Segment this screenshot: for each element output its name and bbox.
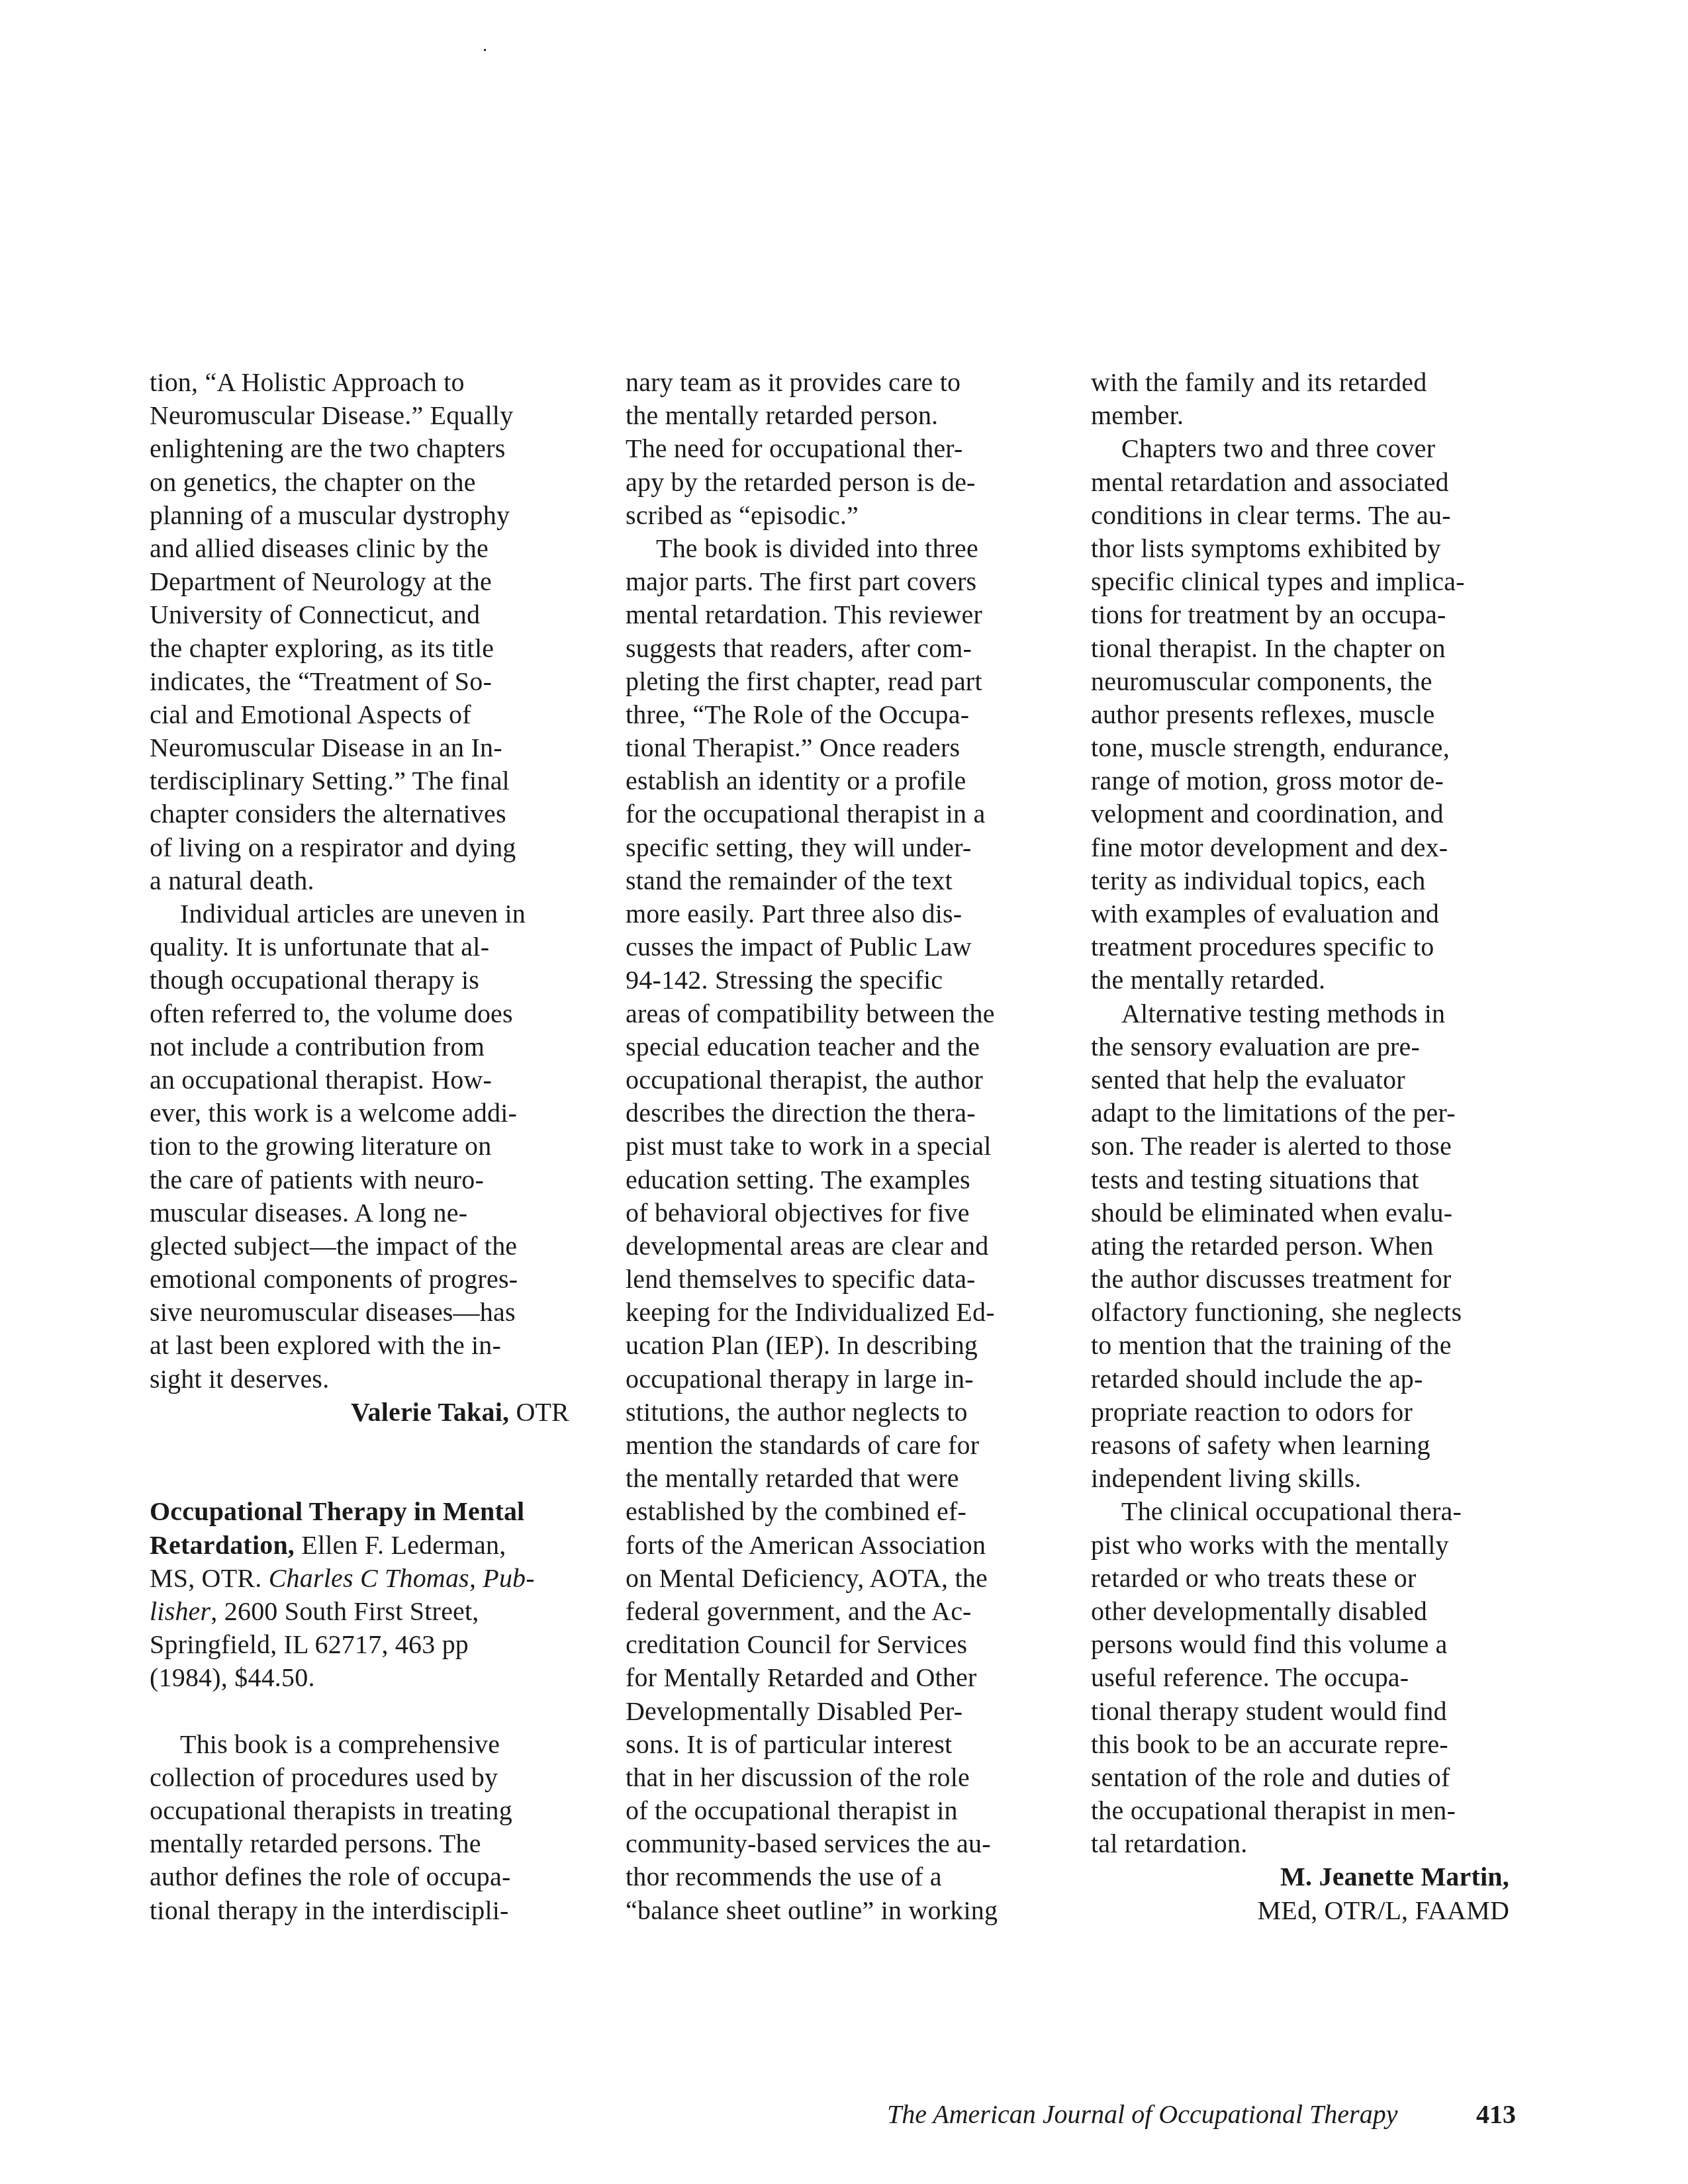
text-line: mention the standards of care for (626, 1429, 1062, 1462)
journal-title: The American Journal of Occupational The… (887, 2099, 1397, 2129)
scan-speck (484, 49, 486, 51)
text-line: of living on a respirator and dying (150, 831, 586, 864)
text-line: scribed as “episodic.” (626, 499, 1062, 532)
page-number: 413 (1476, 2098, 1516, 2131)
text-line: tion to the growing literature on (150, 1130, 586, 1163)
text-line: at last been explored with the in- (150, 1329, 586, 1362)
text-line: enlightening are the two chapters (150, 432, 586, 465)
text-line: more easily. Part three also dis- (626, 897, 1062, 931)
text-line: sentation of the role and duties of (1091, 1761, 1528, 1794)
text-line: a natural death. (150, 864, 586, 897)
text-line: ucation Plan (IEP). In describing (626, 1329, 1062, 1362)
text-line: tional therapy in the interdiscipli- (150, 1894, 586, 1927)
review2-paragraph-1: This book is a comprehensive collection … (150, 1728, 586, 1927)
spacer (150, 1462, 586, 1495)
text-line: planning of a muscular dystrophy (150, 499, 586, 532)
text-line: for the occupational therapist in a (626, 797, 1062, 831)
text-line: lend themselves to specific data- (626, 1263, 1062, 1296)
text-line: quality. It is unfortunate that al- (150, 931, 586, 964)
text-line: forts of the American Association (626, 1529, 1062, 1562)
text-line: tional therapy student would find (1091, 1695, 1528, 1728)
text-line: University of Connecticut, and (150, 598, 586, 631)
text-line: thor recommends the use of a (626, 1860, 1062, 1893)
text-line: establish an identity or a profile (626, 764, 1062, 797)
text-line: Chapters two and three cover (1091, 432, 1528, 465)
column-2: nary team as it provides care to the men… (626, 366, 1062, 1927)
reviewer-name: Valerie Takai, (351, 1397, 509, 1427)
text-line: The need for occupational ther- (626, 432, 1062, 465)
text-line: major parts. The first part covers (626, 565, 1062, 598)
book-title-line: Occupational Therapy in Mental (150, 1495, 586, 1528)
text-line: creditation Council for Services (626, 1628, 1062, 1661)
citation-line: MS, OTR. Charles C Thomas, Pub- (150, 1562, 586, 1595)
text-line: and allied diseases clinic by the (150, 532, 586, 565)
review2-paragraph-1-cont: nary team as it provides care to the men… (626, 366, 1062, 532)
text-line: tion, “A Holistic Approach to (150, 366, 586, 399)
spacer (150, 1429, 586, 1462)
text-line: areas of compatibility between the (626, 997, 1062, 1030)
text-line: keeping for the Individualized Ed- (626, 1296, 1062, 1329)
text-line: neuromuscular components, the (1091, 665, 1528, 698)
text-line: terity as individual topics, each (1091, 864, 1528, 897)
publisher: lisher (150, 1596, 211, 1626)
text-line: ating the retarded person. When (1091, 1230, 1528, 1263)
review2-paragraph-2: The book is divided into three major par… (626, 532, 1062, 1927)
text-line: special education teacher and the (626, 1030, 1062, 1064)
text-line: retarded should include the ap- (1091, 1363, 1528, 1396)
citation-line: (1984), $44.50. (150, 1661, 586, 1694)
text-line: the care of patients with neuro- (150, 1163, 586, 1197)
text-line: on Mental Deficiency, AOTA, the (626, 1562, 1062, 1595)
review2-paragraph-4: Alternative testing methods in the senso… (1091, 997, 1528, 1496)
text-line: pist who works with the mentally (1091, 1529, 1528, 1562)
text-line: nary team as it provides care to (626, 366, 1062, 399)
text-line: propriate reaction to odors for (1091, 1396, 1528, 1429)
text-line: reasons of safety when learning (1091, 1429, 1528, 1462)
text-line: developmental areas are clear and (626, 1230, 1062, 1263)
text-line: cial and Emotional Aspects of (150, 698, 586, 731)
text-line: that in her discussion of the role (626, 1761, 1062, 1794)
text-line: occupational therapists in treating (150, 1794, 586, 1827)
text-line: conditions in clear terms. The au- (1091, 499, 1528, 532)
text-line: retarded or who treats these or (1091, 1562, 1528, 1595)
text-line: mental retardation and associated (1091, 466, 1528, 499)
text-line: sive neuromuscular diseases—has (150, 1296, 586, 1329)
spacer (150, 1695, 586, 1728)
text-line: sented that help the evaluator (1091, 1064, 1528, 1097)
book-title-line: Retardation, (150, 1530, 295, 1560)
text-line: tions for treatment by an occupa- (1091, 598, 1528, 631)
text-line: with the family and its retarded (1091, 366, 1528, 399)
text-line: describes the direction the thera- (626, 1097, 1062, 1130)
text-line: occupational therapist, the author (626, 1064, 1062, 1097)
text-line: Individual articles are uneven in (150, 897, 586, 931)
text-line: son. The reader is alerted to those (1091, 1130, 1528, 1163)
review1-signature: Valerie Takai, OTR (150, 1396, 569, 1429)
review2-signature-credentials: MEd, OTR/L, FAAMD (1091, 1894, 1509, 1927)
text-line: pist must take to work in a special (626, 1130, 1062, 1163)
text-line: tional therapist. In the chapter on (1091, 632, 1528, 665)
text-line: indicates, the “Treatment of So- (150, 665, 586, 698)
text-line: Alternative testing methods in (1091, 997, 1528, 1030)
text-line: for Mentally Retarded and Other (626, 1661, 1062, 1694)
text-line: tal retardation. (1091, 1827, 1528, 1860)
text-line: “balance sheet outline” in working (626, 1894, 1062, 1927)
citation-line: Springfield, IL 62717, 463 pp (150, 1628, 586, 1661)
text-line: the mentally retarded person. (626, 399, 1062, 432)
text-line: mental retardation. This reviewer (626, 598, 1062, 631)
review2-paragraph-3: Chapters two and three cover mental reta… (1091, 432, 1528, 997)
text-line: stand the remainder of the text (626, 864, 1062, 897)
text-line: the sensory evaluation are pre- (1091, 1030, 1528, 1064)
text-line: federal government, and the Ac- (626, 1595, 1062, 1628)
text-line: stitutions, the author neglects to (626, 1396, 1062, 1429)
text-line: though occupational therapy is (150, 964, 586, 997)
text-line: apy by the retarded person is de- (626, 466, 1062, 499)
text-line: specific setting, they will under- (626, 831, 1062, 864)
text-line: fine motor development and dex- (1091, 831, 1528, 864)
text-line: the occupational therapist in men- (1091, 1794, 1528, 1827)
text-line: three, “The Role of the Occupa- (626, 698, 1062, 731)
review2-citation: Occupational Therapy in Mental Retardati… (150, 1495, 586, 1694)
text-line: terdisciplinary Setting.” The final (150, 764, 586, 797)
text-line: this book to be an accurate repre- (1091, 1728, 1528, 1761)
text-line: with examples of evaluation and (1091, 897, 1528, 931)
text-line: specific clinical types and implica- (1091, 565, 1528, 598)
text-line: treatment procedures specific to (1091, 931, 1528, 964)
publisher-address: , 2600 South First Street, (211, 1596, 479, 1626)
text-line: pleting the first chapter, read part (626, 665, 1062, 698)
text-line: ever, this work is a welcome addi- (150, 1097, 586, 1130)
text-line: persons would find this volume a (1091, 1628, 1528, 1661)
text-line: Neuromuscular Disease.” Equally (150, 399, 586, 432)
text-line: tional Therapist.” Once readers (626, 731, 1062, 764)
text-line: often referred to, the volume does (150, 997, 586, 1030)
text-line: cusses the impact of Public Law (626, 931, 1062, 964)
text-line: Neuromuscular Disease in an In- (150, 731, 586, 764)
text-line: sight it deserves. (150, 1363, 586, 1396)
citation-line: lisher, 2600 South First Street, (150, 1595, 586, 1628)
text-line: established by the combined ef- (626, 1495, 1062, 1528)
text-line: collection of procedures used by (150, 1761, 586, 1794)
text-line: olfactory functioning, she neglects (1091, 1296, 1528, 1329)
text-line: range of motion, gross motor de- (1091, 764, 1528, 797)
text-line: of behavioral objectives for five (626, 1197, 1062, 1230)
text-line: This book is a comprehensive (150, 1728, 586, 1761)
review1-continuation: tion, “A Holistic Approach to Neuromuscu… (150, 366, 586, 897)
page-footer: The American Journal of Occupational The… (887, 2098, 1516, 2131)
text-line: emotional components of progres- (150, 1263, 586, 1296)
text-line: the author discusses treatment for (1091, 1263, 1528, 1296)
text-line: the mentally retarded that were (626, 1462, 1062, 1495)
column-3: with the family and its retarded member.… (1091, 366, 1528, 1927)
text-line: an occupational therapist. How- (150, 1064, 586, 1097)
text-line: Developmentally Disabled Per- (626, 1695, 1062, 1728)
text-line: should be eliminated when evalu- (1091, 1197, 1528, 1230)
text-line: the mentally retarded. (1091, 964, 1528, 997)
text-line: useful reference. The occupa- (1091, 1661, 1528, 1694)
text-line: education setting. The examples (626, 1163, 1062, 1197)
text-line: mentally retarded persons. The (150, 1827, 586, 1860)
column-1: tion, “A Holistic Approach to Neuromuscu… (150, 366, 586, 1927)
text-line: suggests that readers, after com- (626, 632, 1062, 665)
text-line: member. (1091, 399, 1528, 432)
citation-line: Retardation, Ellen F. Lederman, (150, 1529, 586, 1562)
text-line: muscular diseases. A long ne- (150, 1197, 586, 1230)
text-line: glected subject—the impact of the (150, 1230, 586, 1263)
text-line: on genetics, the chapter on the (150, 466, 586, 499)
review1-paragraph-2: Individual articles are uneven in qualit… (150, 897, 586, 1396)
publisher: Charles C Thomas, Pub- (269, 1563, 535, 1593)
review2-paragraph-5: The clinical occupational thera- pist wh… (1091, 1495, 1528, 1860)
text-line: 94-142. Stressing the specific (626, 964, 1062, 997)
text-line: not include a contribution from (150, 1030, 586, 1064)
text-line: to mention that the training of the (1091, 1329, 1528, 1362)
text-line: velopment and coordination, and (1091, 797, 1528, 831)
author-credentials: MS, OTR. (150, 1563, 269, 1593)
reviewer-credentials: OTR (509, 1397, 569, 1427)
text-line: chapter considers the alternatives (150, 797, 586, 831)
text-line: independent living skills. (1091, 1462, 1528, 1495)
text-line: sons. It is of particular interest (626, 1728, 1062, 1761)
review2-paragraph-2-cont: with the family and its retarded member. (1091, 366, 1528, 432)
text-line: author defines the role of occupa- (150, 1860, 586, 1893)
text-line: occupational therapy in large in- (626, 1363, 1062, 1396)
text-line: adapt to the limitations of the per- (1091, 1097, 1528, 1130)
text-line: other developmentally disabled (1091, 1595, 1528, 1628)
text-line: Department of Neurology at the (150, 565, 586, 598)
book-author: Ellen F. Lederman, (295, 1530, 506, 1560)
text-line: tone, muscle strength, endurance, (1091, 731, 1528, 764)
text-line: The book is divided into three (626, 532, 1062, 565)
text-line: The clinical occupational thera- (1091, 1495, 1528, 1528)
text-line: of the occupational therapist in (626, 1794, 1062, 1827)
text-line: tests and testing situations that (1091, 1163, 1528, 1197)
text-line: author presents reflexes, muscle (1091, 698, 1528, 731)
text-line: community-based services the au- (626, 1827, 1062, 1860)
text-line: thor lists symptoms exhibited by (1091, 532, 1528, 565)
review2-signature-name: M. Jeanette Martin, (1091, 1860, 1509, 1893)
text-line: the chapter exploring, as its title (150, 632, 586, 665)
